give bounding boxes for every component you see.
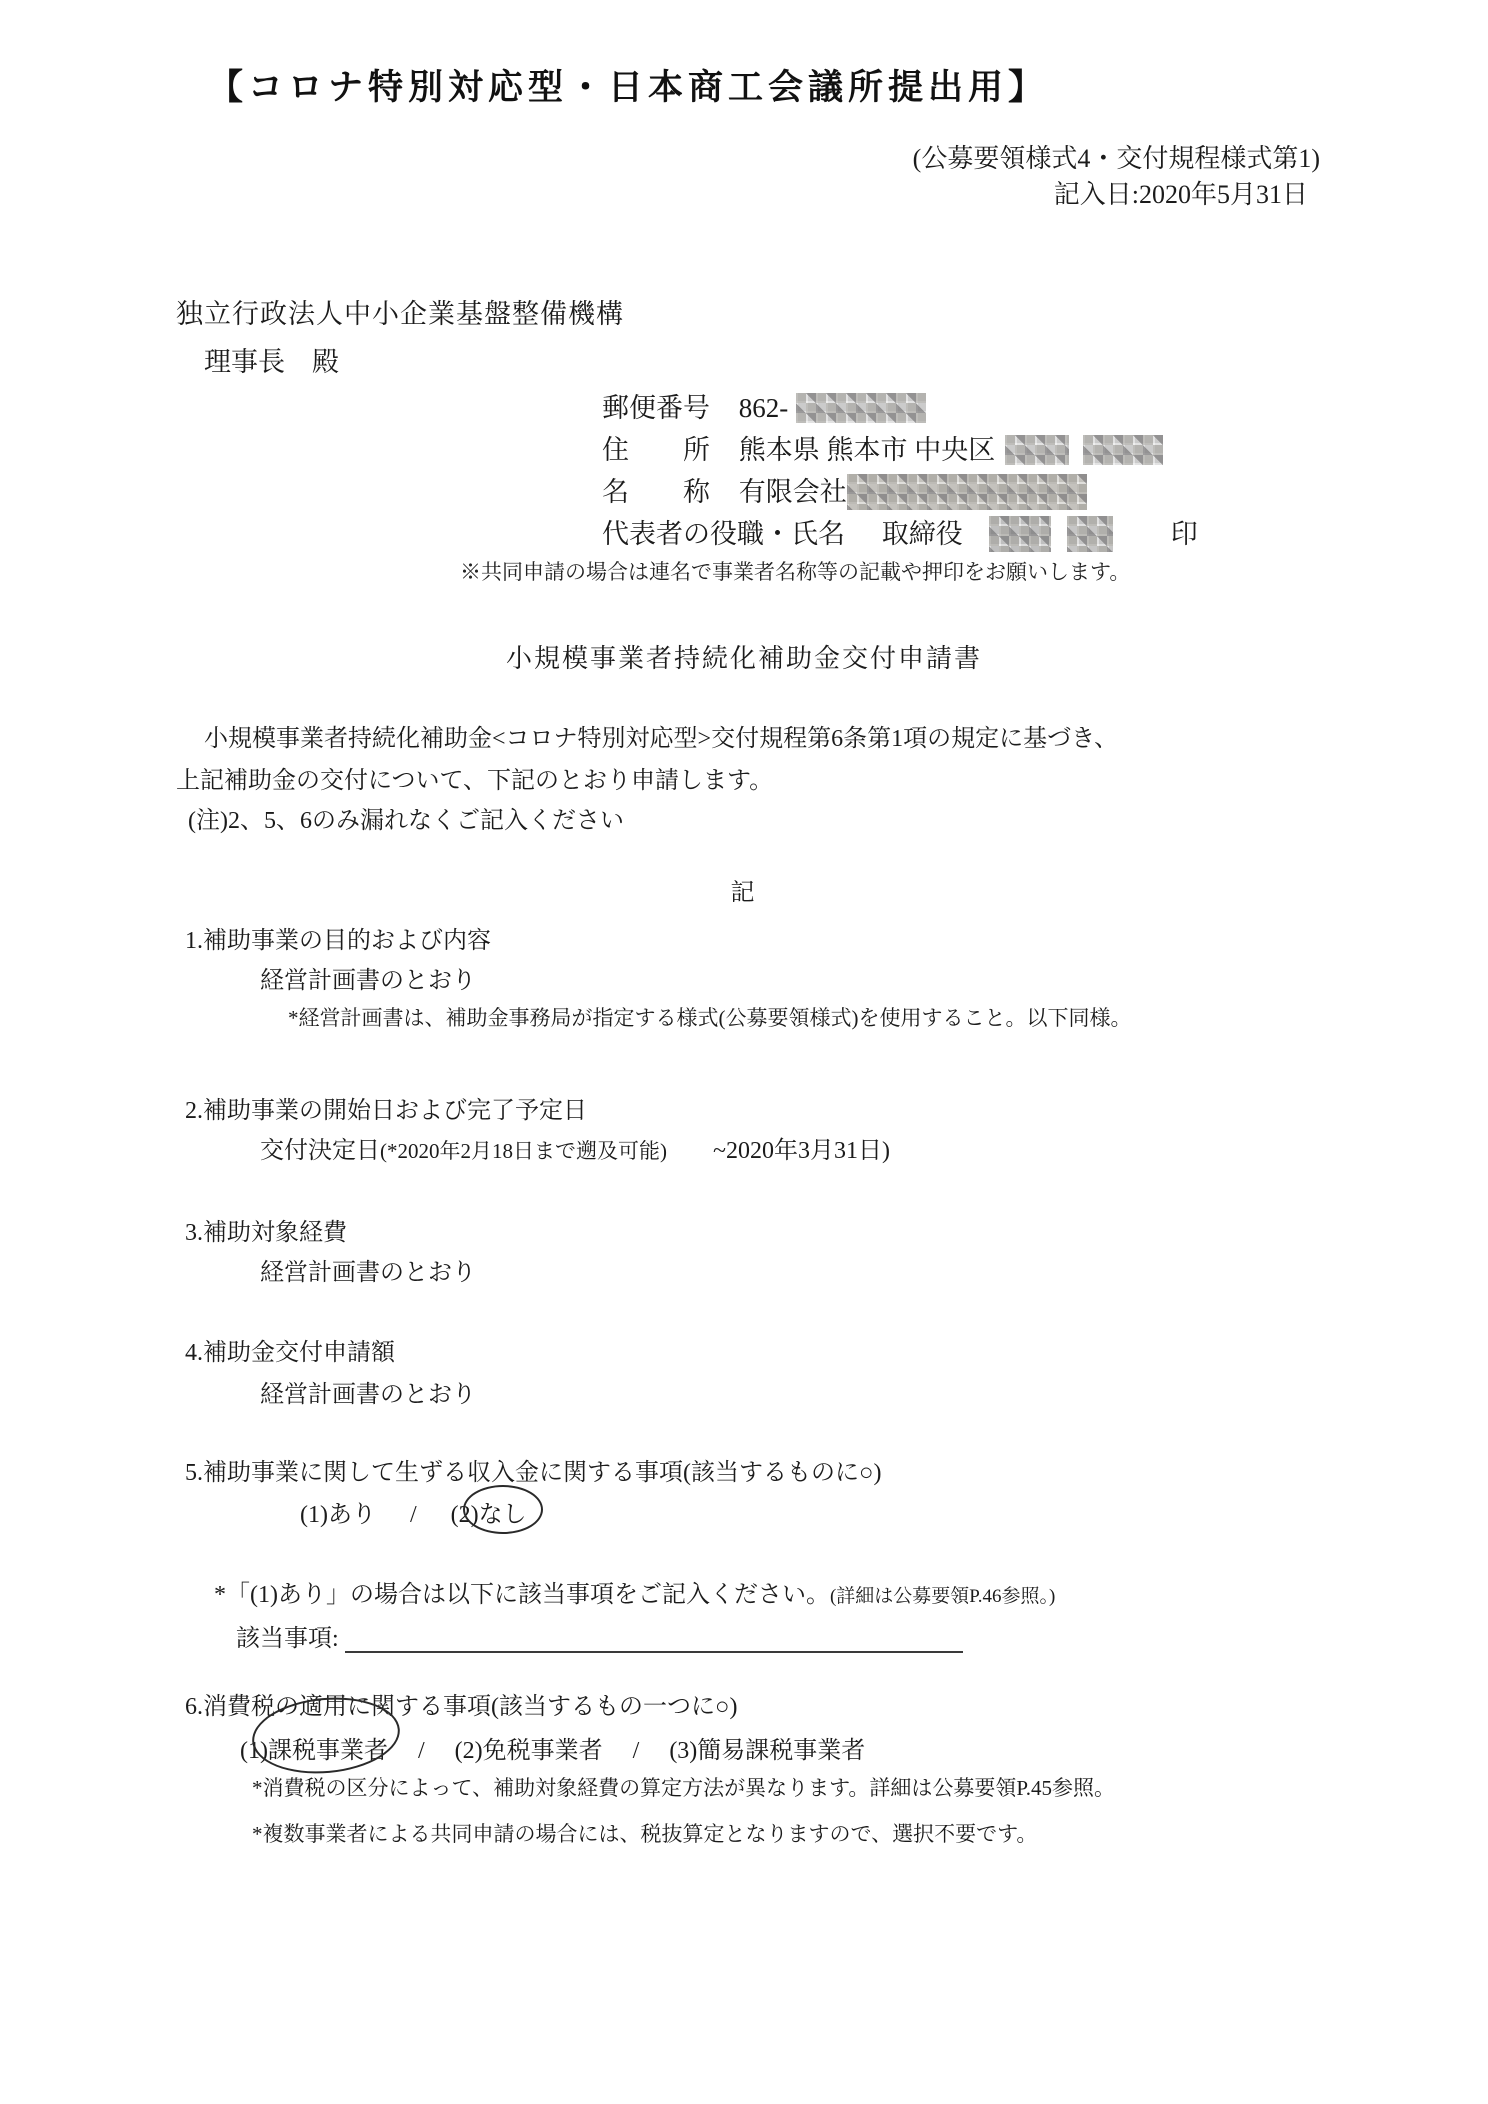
company-name-label: 名 称 bbox=[602, 477, 710, 507]
entry-date: 記入日:2020年5月31日 bbox=[1054, 174, 1308, 211]
postal-code-row: 郵便番号 862- bbox=[602, 386, 926, 426]
redacted-postal-digits bbox=[796, 393, 926, 423]
period-end-date: ~2020年3月31日) bbox=[713, 1138, 890, 1164]
section-5-heading: 5.補助事業に関して生ずる収入金に関する事項(該当するものに○) bbox=[185, 1452, 881, 1487]
redacted-representative-givenname bbox=[1067, 516, 1113, 552]
recipient-honorific: 理事長 殿 bbox=[204, 340, 339, 379]
preamble-line-2: 上記補助金の交付について、下記のとおり申請します。 bbox=[176, 760, 773, 795]
section-3-body: 経営計画書のとおり bbox=[260, 1252, 476, 1287]
option-separator: / bbox=[410, 1502, 417, 1528]
option-separator-2: / bbox=[633, 1738, 640, 1764]
option-kani-kazei: (3)簡易課税事業者 bbox=[669, 1738, 865, 1764]
option-nashi-circled: なし bbox=[479, 1494, 527, 1529]
fill-instruction-note: (注)2、5、6のみ漏れなくご記入ください bbox=[188, 800, 624, 835]
option-kazei-prefix: (1) bbox=[240, 1738, 268, 1764]
postal-code-value: 862- bbox=[739, 393, 789, 423]
document-title: 小規模事業者持続化補助金交付申請書 bbox=[0, 638, 1488, 675]
section-1-note: *経営計画書は、補助金事務局が指定する様式(公募要領様式)を使用すること。以下同… bbox=[288, 1002, 1131, 1032]
section-6-options: (1)課税事業者/(2)免税事業者/(3)簡易課税事業者 bbox=[240, 1730, 865, 1765]
applicable-matter-blank-line bbox=[345, 1625, 963, 1653]
redacted-company-name bbox=[847, 474, 1087, 510]
option-kazei-circled: 課税事業者 bbox=[268, 1730, 388, 1765]
representative-label: 代表者の役職・氏名 bbox=[602, 519, 845, 549]
section-6-note-1: *消費税の区分によって、補助対象経費の算定方法が異なります。詳細は公募要領P.4… bbox=[252, 1772, 1115, 1802]
section-5-note-reference: (詳細は公募要領P.46参照。) bbox=[830, 1586, 1055, 1607]
company-type-prefix: 有限会社 bbox=[739, 477, 847, 507]
option-ari: (1)あり bbox=[300, 1502, 376, 1528]
section-1-heading: 1.補助事業の目的および内容 bbox=[185, 920, 491, 955]
section-5-options: (1)あり/(2)なし bbox=[300, 1494, 527, 1529]
section-2-body: 交付決定日(*2020年2月18日まで遡及可能)~2020年3月31日) bbox=[260, 1130, 890, 1165]
grant-decision-label: 交付決定日 bbox=[260, 1138, 380, 1164]
section-5-note-main: *「(1)あり」の場合は以下に該当事項をご記入ください。 bbox=[214, 1582, 830, 1608]
section-6-note-2: *複数事業者による共同申請の場合には、税抜算定となりますので、選択不要です。 bbox=[252, 1818, 1037, 1848]
address-label: 住 所 bbox=[602, 435, 710, 465]
section-2-heading: 2.補助事業の開始日および完了予定日 bbox=[185, 1090, 587, 1125]
form-reference: (公募要領様式4・交付規程様式第1) bbox=[913, 138, 1320, 175]
recipient-organization: 独立行政法人中小企業基盤整備機構 bbox=[176, 292, 624, 331]
redacted-address-block-2 bbox=[1083, 435, 1163, 465]
grant-decision-note: (*2020年2月18日まで遡及可能) bbox=[380, 1139, 667, 1163]
seal-mark: 印 bbox=[1171, 519, 1198, 549]
joint-application-note: ※共同申請の場合は連名で事業者名称等の記載や押印をお願いします。 bbox=[460, 556, 1130, 586]
section-4-heading: 4.補助金交付申請額 bbox=[185, 1332, 395, 1367]
application-form-page: 【コロナ特別対応型・日本商工会議所提出用】 (公募要領様式4・交付規程様式第1)… bbox=[0, 0, 1488, 2104]
applicable-matter-row: 該当事項: bbox=[236, 1618, 963, 1653]
applicable-matter-label: 該当事項: bbox=[236, 1626, 339, 1652]
section-6-heading: 6.消費税の適用に関する事項(該当するもの一つに○) bbox=[185, 1686, 737, 1721]
section-3-heading: 3.補助対象経費 bbox=[185, 1212, 347, 1247]
option-menzei: (2)免税事業者 bbox=[455, 1738, 603, 1764]
section-5-note: *「(1)あり」の場合は以下に該当事項をご記入ください。(詳細は公募要領P.46… bbox=[214, 1574, 1055, 1609]
representative-title: 取締役 bbox=[882, 519, 963, 549]
option-separator-1: / bbox=[418, 1738, 425, 1764]
option-nashi-prefix: (2) bbox=[451, 1502, 479, 1528]
section-1-body: 経営計画書のとおり bbox=[260, 960, 476, 995]
section-4-body: 経営計画書のとおり bbox=[260, 1374, 476, 1409]
address-row: 住 所 熊本県 熊本市 中央区 bbox=[602, 428, 1163, 468]
record-mark: 記 bbox=[0, 872, 1488, 907]
preamble-line-1: 小規模事業者持続化補助金<コロナ特別対応型>交付規程第6条第1項の規定に基づき、 bbox=[204, 718, 1118, 753]
redacted-representative-surname bbox=[989, 516, 1051, 552]
postal-code-label: 郵便番号 bbox=[602, 393, 710, 423]
page-title: 【コロナ特別対応型・日本商工会議所提出用】 bbox=[208, 60, 1048, 110]
address-value: 熊本県 熊本市 中央区 bbox=[739, 435, 996, 465]
company-name-row: 名 称 有限会社 bbox=[602, 470, 1087, 513]
representative-row: 代表者の役職・氏名 取締役印 bbox=[602, 512, 1198, 555]
redacted-address-block-1 bbox=[1005, 435, 1069, 465]
